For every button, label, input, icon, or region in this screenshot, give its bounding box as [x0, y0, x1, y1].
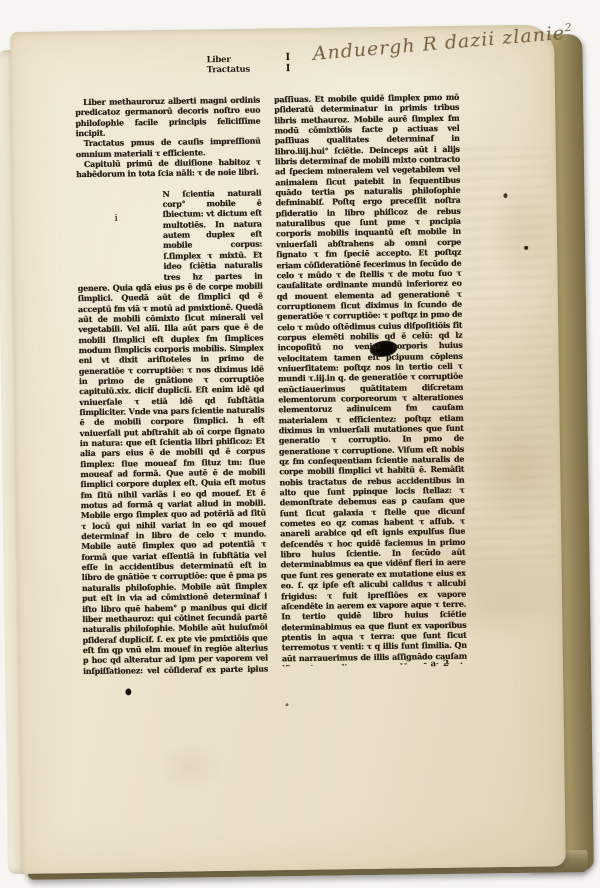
folio-line: I [286, 64, 291, 75]
book: Liber Tractatus I I Anduergh R dazii zla… [0, 0, 600, 888]
chapter-opening: iN ſcientia naturali corp° mobile ē ſbie… [76, 187, 268, 677]
left-text-column: Liber methauroruz alberti magni ordinis … [75, 95, 268, 678]
tractatus-heading: Tractatus pmus de cauſis impreſſionū omn… [76, 136, 261, 159]
inscription-superscript: 2 [564, 21, 573, 35]
incipit-heading: Liber methauroruz alberti magni ordinis … [75, 95, 261, 139]
blank-initial-space: i [76, 189, 163, 283]
initial-guide-letter: i [115, 213, 118, 223]
photo-backdrop: Liber Tractatus I I Anduergh R dazii zla… [0, 0, 600, 888]
handwritten-inscription: Anduergh R dazii zlanie2 [312, 22, 563, 65]
right-column-body-text: paſſiuas. Et mobile quidē ſimplex pmo mō… [274, 92, 467, 667]
printed-text-layer: Liber Tractatus I I Anduergh R dazii zla… [0, 0, 600, 888]
running-title-line: Tractatus [207, 65, 251, 76]
running-title-line: Liber [206, 55, 250, 66]
running-title: Liber Tractatus [206, 55, 250, 76]
folio-number: I I [285, 53, 290, 74]
capitulum-heading: Capitulū primū de diuiſione habitoz τ ha… [76, 157, 261, 180]
right-text-column: paſſiuas. Et mobile quidē ſimplex pmo mō… [274, 92, 467, 667]
folio-line: I [285, 53, 290, 64]
signature-mark: a 2 [282, 659, 467, 672]
